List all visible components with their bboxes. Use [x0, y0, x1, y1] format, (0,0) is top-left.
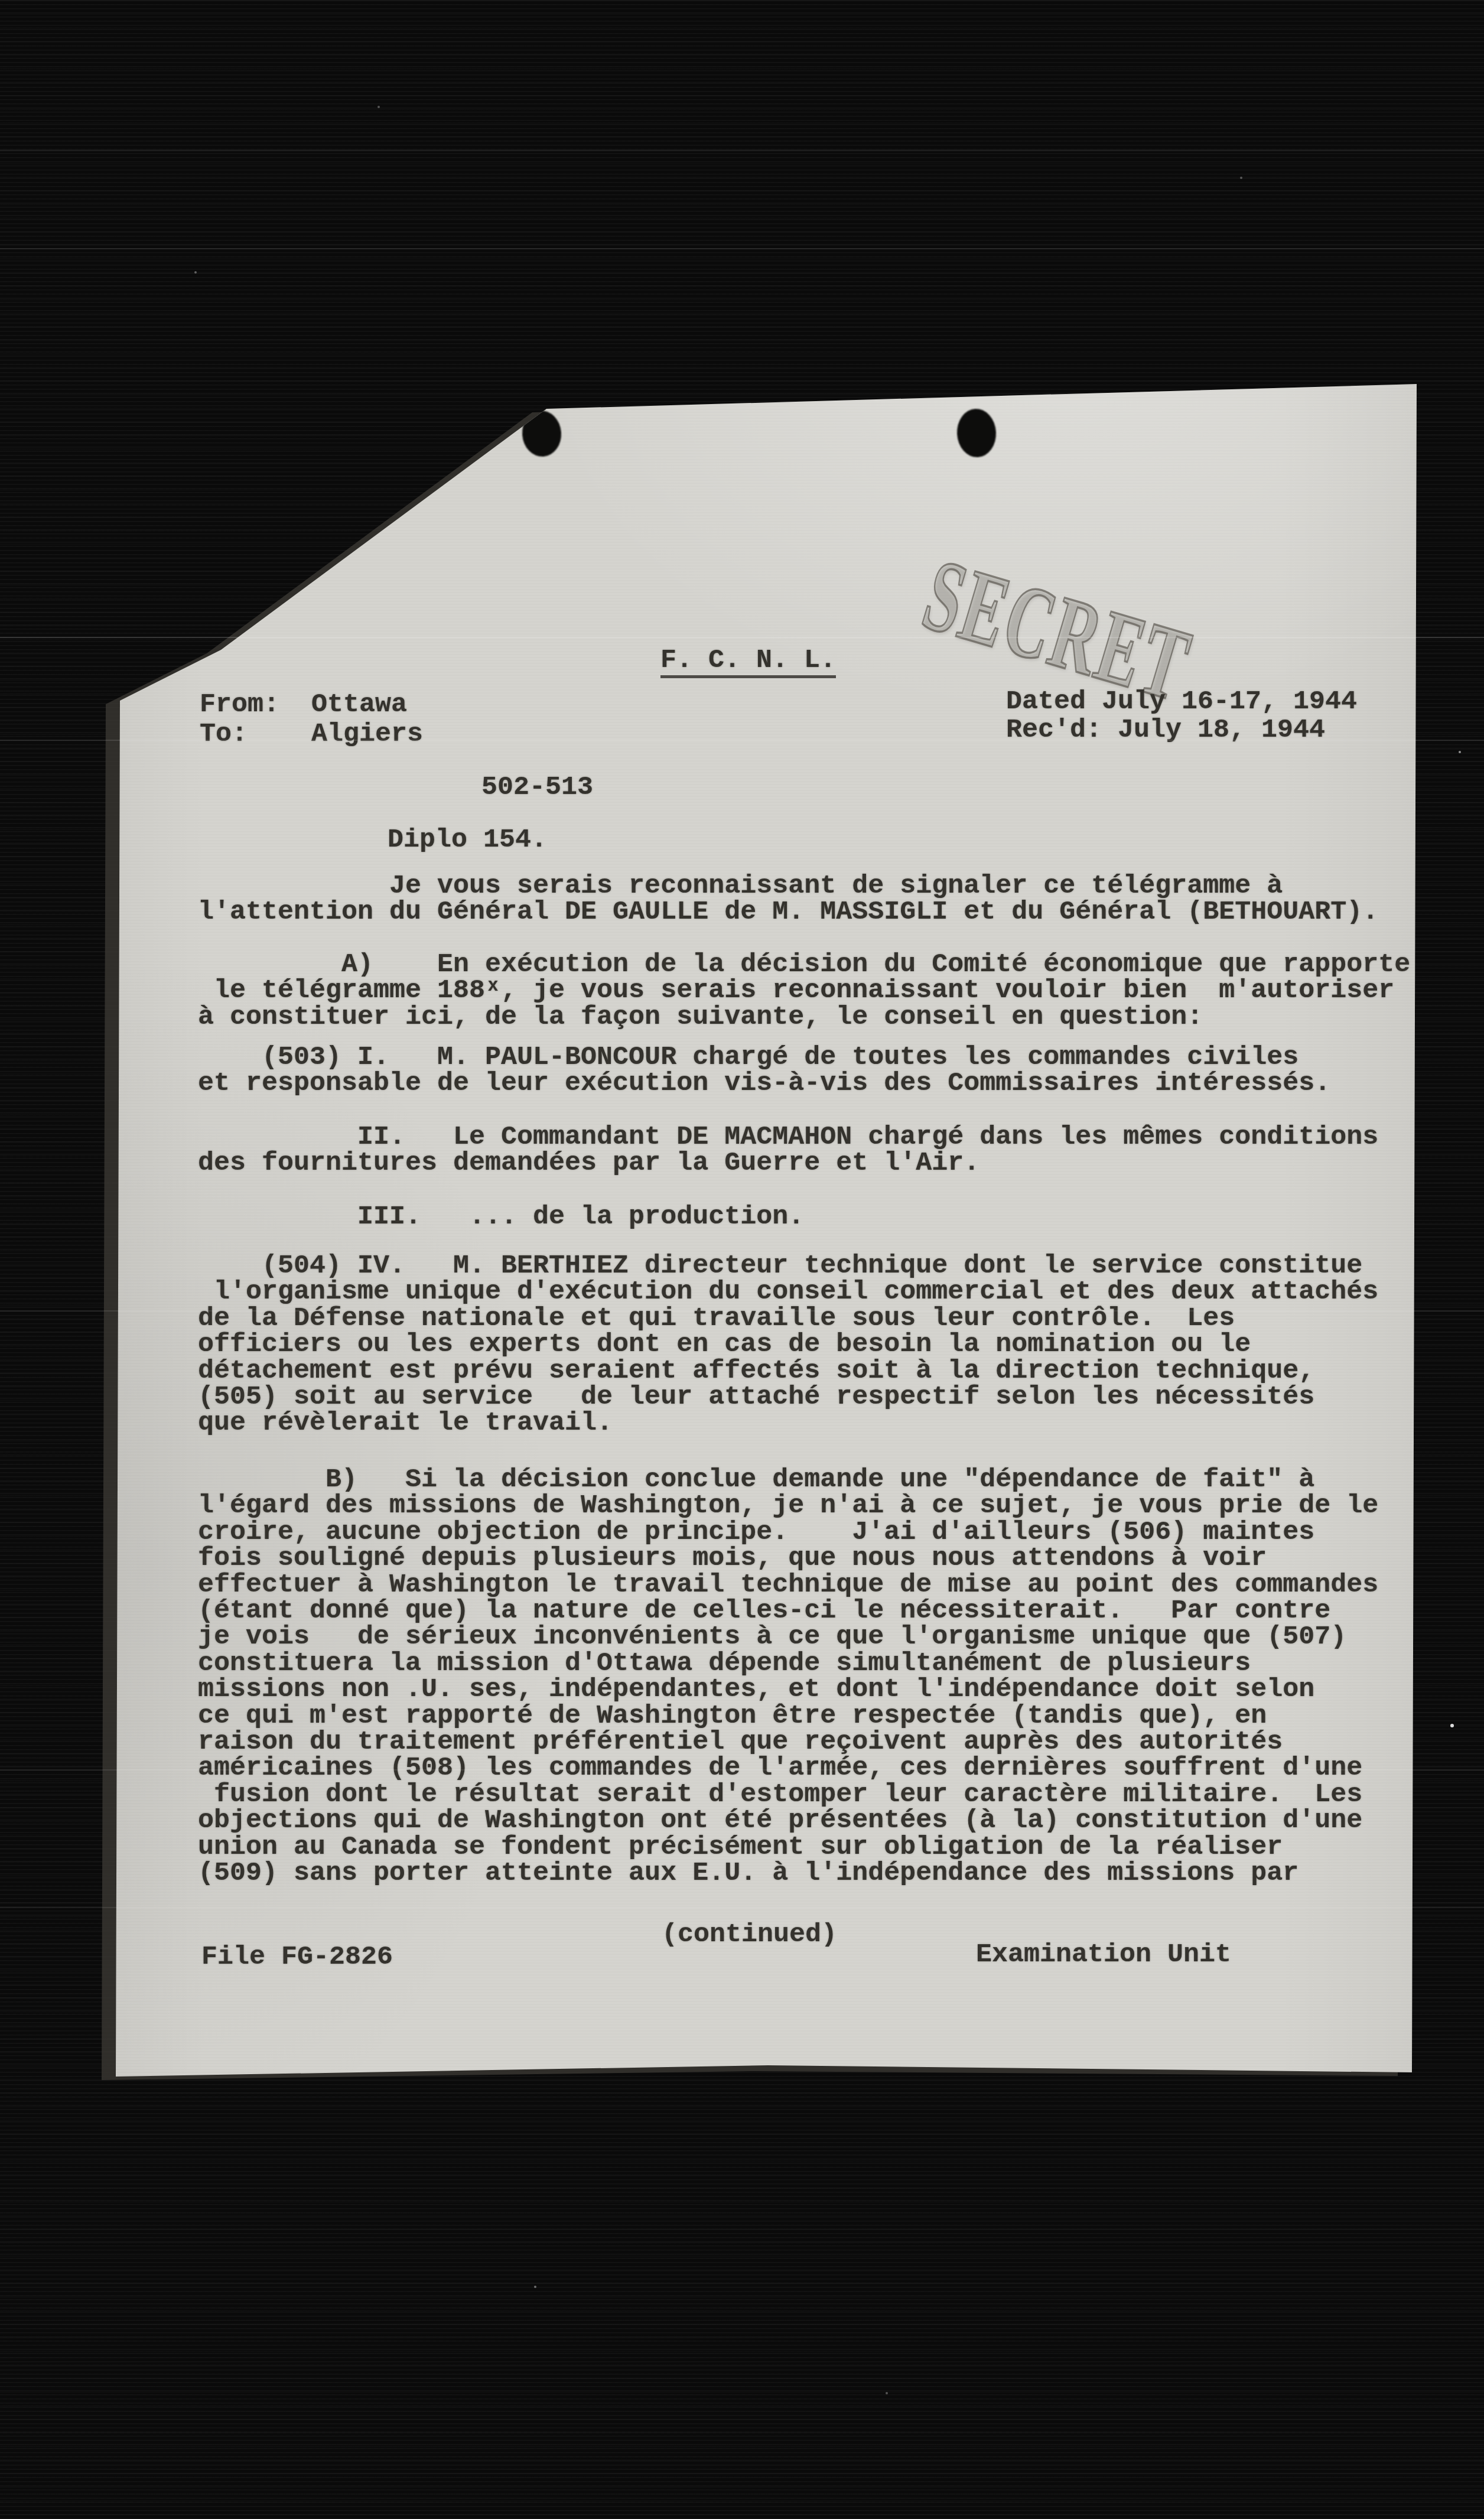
document-title-text: F. C. N. L. [660, 647, 836, 678]
paragraph-2: A) En exécution de la décision du Comité… [198, 952, 1410, 1030]
punch-hole-right [956, 408, 997, 458]
scan-line [0, 150, 1484, 151]
paragraph-7: B) Si la décision conclue demande une "d… [198, 1467, 1378, 1887]
serial-number: 502-513 [481, 774, 593, 800]
paragraph-6: (504) IV. M. BERTHIEZ directeur techniqu… [198, 1253, 1378, 1437]
dated-line: Dated July 16-17, 1944 [1006, 689, 1357, 715]
to-line: To: Algiers [200, 721, 423, 747]
reference-number: Diplo 154. [388, 827, 547, 853]
file-number: File FG-2826 [201, 1944, 393, 1970]
received-line: Rec'd: July 18, 1944 [1006, 717, 1325, 743]
document-title: F. C. N. L. [660, 647, 836, 678]
scan-speckles [0, 0, 1, 1]
paragraph-5: III. ... de la production. [198, 1204, 804, 1230]
paragraph-1: Je vous serais reconnaissant de signaler… [198, 873, 1378, 926]
from-line: From: Ottawa [200, 692, 407, 718]
scanned-document-frame: SECRET F. C. N. L. From: Ottawa To: Algi… [0, 0, 1484, 2519]
paragraph-3: (503) I. M. PAUL-BONCOUR chargé de toute… [198, 1044, 1330, 1097]
scan-line [0, 248, 1484, 249]
examination-unit-label: Examination Unit [976, 1942, 1231, 1968]
continued-note: (continued) [662, 1922, 837, 1948]
document-page: SECRET F. C. N. L. From: Ottawa To: Algi… [0, 0, 1484, 2519]
paragraph-4: II. Le Commandant DE MACMAHON chargé dan… [198, 1124, 1378, 1177]
